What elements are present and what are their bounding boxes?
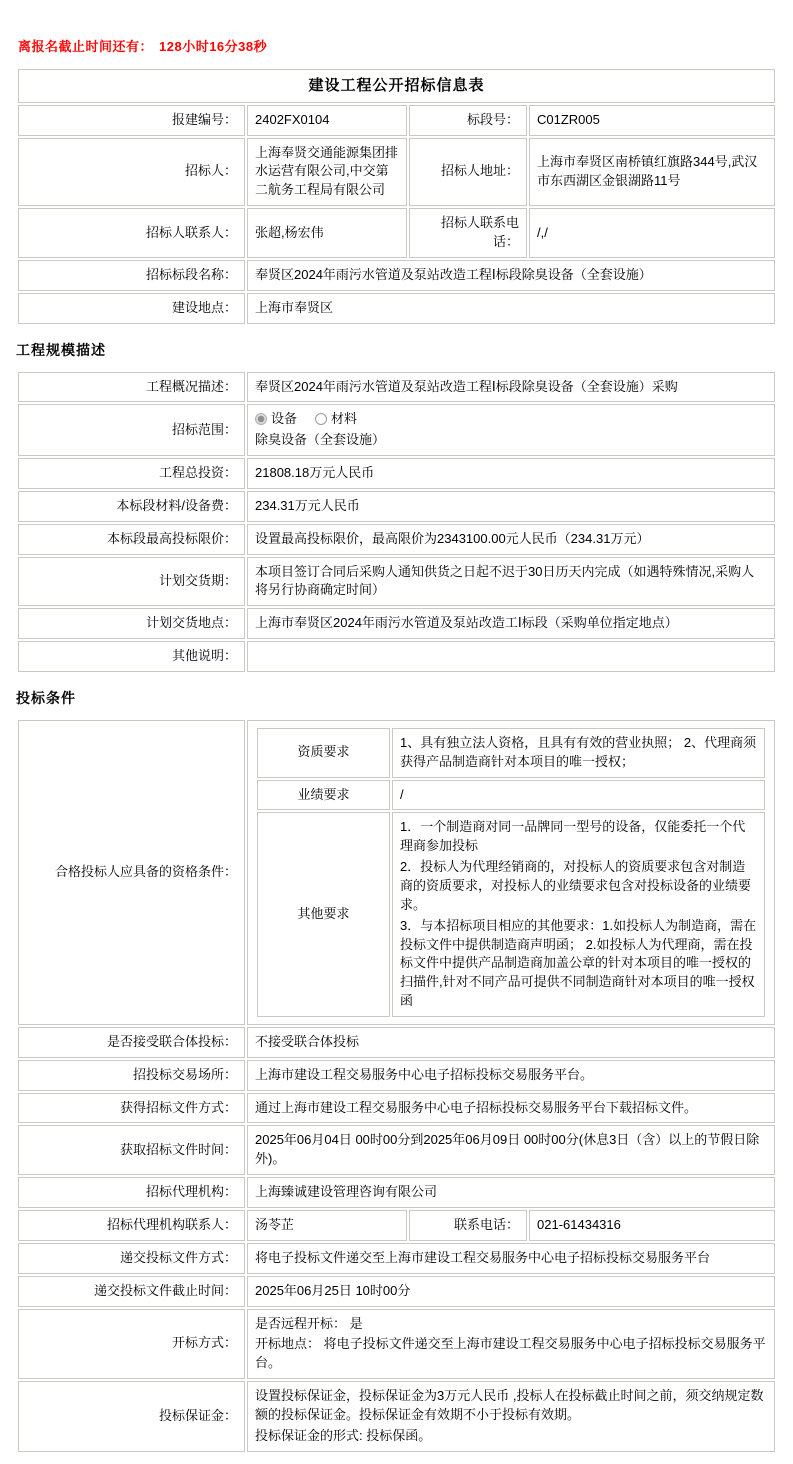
delivery-place-value: 上海市奉贤区2024年雨污水管道及泵站改造工Ⅰ标段（采购单位指定地点） (247, 608, 775, 639)
row-agency-contact: 招标代理机构联系人： 汤苓芷 联系电话： 021-61434316 (18, 1210, 775, 1241)
row-opening: 开标方式： 是否远程开标： 是 开标地点： 将电子投标文件递交至上海市建设工程交… (18, 1309, 775, 1380)
qualification-inner-table: 资质要求 1、具有独立法人资格，且具有有效的营业执照； 2、代理商须获得产品制造… (255, 726, 767, 1019)
row-delivery-place: 计划交货地点： 上海市奉贤区2024年雨污水管道及泵站改造工Ⅰ标段（采购单位指定… (18, 608, 775, 639)
radio-material-icon[interactable] (315, 413, 327, 425)
deposit-value: 设置投标保证金，投标保证金为3万元人民币 ,投标人在投标截止时间之前，须交纳规定… (247, 1381, 775, 1452)
doc-method-label: 获得招标文件方式： (18, 1093, 245, 1124)
report-no-value: 2402FX0104 (247, 105, 407, 136)
venue-value: 上海市建设工程交易服务中心电子招标投标交易服务平台。 (247, 1060, 775, 1091)
agency-contact-label: 招标代理机构联系人： (18, 1210, 245, 1241)
row-report-no: 报建编号： 2402FX0104 标段号： C01ZR005 (18, 105, 775, 136)
delivery-period-label: 计划交货期： (18, 557, 245, 607)
scope-option-equipment[interactable]: 设备 (255, 411, 297, 426)
radio-equipment-icon[interactable] (255, 413, 267, 425)
deposit-form-line: 投标保证金的形式: 投标保函。 (255, 1427, 767, 1446)
other-requirement-label: 其他要求 (257, 812, 390, 1016)
opening-place-line: 开标地点： 将电子投标文件递交至上海市建设工程交易服务中心电子招标投标交易服务平… (255, 1335, 767, 1373)
row-location: 建设地点： 上海市奉贤区 (18, 293, 775, 324)
row-total-investment: 工程总投资： 21808.18万元人民币 (18, 458, 775, 489)
row-price-limit: 本标段最高投标限价： 设置最高投标限价，最高限价为2343100.00元人民币（… (18, 524, 775, 555)
material-fee-value: 234.31万元人民币 (247, 491, 775, 522)
row-other-requirement: 其他要求 1．一个制造商对同一品牌同一型号的设备，仅能委托一个代理商参加投标 2… (257, 812, 765, 1016)
row-contact: 招标人联系人： 张超,杨宏伟 招标人联系电话： /,/ (18, 208, 775, 258)
scope-label: 招标范围： (18, 404, 245, 456)
contact-value: 张超,杨宏伟 (247, 208, 407, 258)
row-delivery-period: 计划交货期： 本项目签订合同后采购人通知供货之日起不迟于30日历天内完成（如遇特… (18, 557, 775, 607)
bid-conditions-table: 合格投标人应具备的资格条件： 资质要求 1、具有独立法人资格，且具有有效的营业执… (16, 718, 777, 1454)
scope-detail: 除臭设备（全套设施） (255, 431, 767, 450)
row-other-note: 其他说明： (18, 641, 775, 672)
deadline-value: 2025年06月25日 10时00分 (247, 1276, 775, 1307)
tender-info-table: 建设工程公开招标信息表 报建编号： 2402FX0104 标段号： C01ZR0… (16, 67, 777, 326)
row-performance-requirement: 业绩要求 / (257, 780, 765, 811)
location-value: 上海市奉贤区 (247, 293, 775, 324)
other-requirement-line: 2．投标人为代理经销商的，对投标人的资质要求包含对制造商的资质要求，对投标人的业… (400, 858, 757, 915)
row-consortium: 是否接受联合体投标： 不接受联合体投标 (18, 1027, 775, 1058)
total-investment-value: 21808.18万元人民币 (247, 458, 775, 489)
tenderee-label: 招标人： (18, 138, 245, 207)
agency-contact-value: 汤苓芷 (247, 1210, 407, 1241)
consortium-label: 是否接受联合体投标： (18, 1027, 245, 1058)
countdown-label: 离报名截止时间还有： (18, 39, 153, 54)
contact-label: 招标人联系人： (18, 208, 245, 258)
scope-option-material-label: 材料 (331, 411, 357, 426)
scale-section-heading: 工程规模描述 (16, 340, 777, 360)
contact-tel-label: 招标人联系电话： (409, 208, 527, 258)
qualification-label: 合格投标人应具备的资格条件： (18, 720, 245, 1025)
agency-label: 招标代理机构： (18, 1177, 245, 1208)
total-investment-label: 工程总投资： (18, 458, 245, 489)
other-note-value (247, 641, 775, 672)
table-title-row: 建设工程公开招标信息表 (18, 69, 775, 103)
deadline-label: 递交投标文件截止时间： (18, 1276, 245, 1307)
scope-option-equipment-label: 设备 (271, 411, 297, 426)
doc-time-label: 获取招标文件时间： (18, 1125, 245, 1175)
opening-label: 开标方式： (18, 1309, 245, 1380)
contact-tel-value: /,/ (529, 208, 775, 258)
other-requirement-line: 3．与本招标项目相应的其他要求：1.如投标人为制造商，需在投标文件中提供制造商声… (400, 917, 757, 1011)
row-tenderee: 招标人： 上海奉贤交通能源集团排水运营有限公司,中交第二航务工程局有限公司 招标… (18, 138, 775, 207)
price-limit-label: 本标段最高投标限价： (18, 524, 245, 555)
section-no-label: 标段号： (409, 105, 527, 136)
project-scale-table: 工程概况描述： 奉贤区2024年雨污水管道及泵站改造工程Ⅰ标段除臭设备（全套设施… (16, 370, 777, 674)
row-venue: 招投标交易场所： 上海市建设工程交易服务中心电子招标投标交易服务平台。 (18, 1060, 775, 1091)
row-section-name: 招标标段名称： 奉贤区2024年雨污水管道及泵站改造工程Ⅰ标段除臭设备（全套设施… (18, 260, 775, 291)
qual-requirement-value: 1、具有独立法人资格，且具有有效的营业执照； 2、代理商须获得产品制造商针对本项… (392, 728, 765, 778)
bid-section-heading: 投标条件 (16, 688, 777, 708)
submit-method-label: 递交投标文件方式： (18, 1243, 245, 1274)
row-deposit: 投标保证金： 设置投标保证金，投标保证金为3万元人民币 ,投标人在投标截止时间之… (18, 1381, 775, 1452)
location-label: 建设地点： (18, 293, 245, 324)
doc-time-value: 2025年06月04日 00时00分到2025年06月09日 00时00分(休息… (247, 1125, 775, 1175)
page-title: 建设工程公开招标信息表 (18, 69, 775, 103)
registration-countdown: 离报名截止时间还有：128小时16分38秒 (18, 36, 777, 55)
scope-option-material[interactable]: 材料 (315, 411, 357, 426)
page: 离报名截止时间还有：128小时16分38秒 建设工程公开招标信息表 报建编号： … (0, 0, 793, 1464)
consortium-value: 不接受联合体投标 (247, 1027, 775, 1058)
row-qual-requirement: 资质要求 1、具有独立法人资格，且具有有效的营业执照； 2、代理商须获得产品制造… (257, 728, 765, 778)
row-agency: 招标代理机构： 上海臻诚建设管理咨询有限公司 (18, 1177, 775, 1208)
performance-requirement-value: / (392, 780, 765, 811)
row-qualification: 合格投标人应具备的资格条件： 资质要求 1、具有独立法人资格，且具有有效的营业执… (18, 720, 775, 1025)
performance-requirement-label: 业绩要求 (257, 780, 390, 811)
row-doc-time: 获取招标文件时间： 2025年06月04日 00时00分到2025年06月09日… (18, 1125, 775, 1175)
section-name-value: 奉贤区2024年雨污水管道及泵站改造工程Ⅰ标段除臭设备（全套设施） (247, 260, 775, 291)
row-overview: 工程概况描述： 奉贤区2024年雨污水管道及泵站改造工程Ⅰ标段除臭设备（全套设施… (18, 372, 775, 403)
venue-label: 招投标交易场所： (18, 1060, 245, 1091)
submit-method-value: 将电子投标文件递交至上海市建设工程交易服务中心电子招标投标交易服务平台 (247, 1243, 775, 1274)
doc-method-value: 通过上海市建设工程交易服务中心电子招标投标交易服务平台下载招标文件。 (247, 1093, 775, 1124)
overview-label: 工程概况描述： (18, 372, 245, 403)
qualification-detail: 资质要求 1、具有独立法人资格，且具有有效的营业执照； 2、代理商须获得产品制造… (247, 720, 775, 1025)
other-requirement-value: 1．一个制造商对同一品牌同一型号的设备，仅能委托一个代理商参加投标 2．投标人为… (392, 812, 765, 1016)
delivery-place-label: 计划交货地点： (18, 608, 245, 639)
countdown-time: 128小时16分38秒 (159, 39, 267, 54)
row-submit-method: 递交投标文件方式： 将电子投标文件递交至上海市建设工程交易服务中心电子招标投标交… (18, 1243, 775, 1274)
material-fee-label: 本标段材料/设备费： (18, 491, 245, 522)
other-requirement-line: 1．一个制造商对同一品牌同一型号的设备，仅能委托一个代理商参加投标 (400, 818, 757, 856)
row-deadline: 递交投标文件截止时间： 2025年06月25日 10时00分 (18, 1276, 775, 1307)
qual-requirement-label: 资质要求 (257, 728, 390, 778)
overview-value: 奉贤区2024年雨污水管道及泵站改造工程Ⅰ标段除臭设备（全套设施）采购 (247, 372, 775, 403)
agency-value: 上海臻诚建设管理咨询有限公司 (247, 1177, 775, 1208)
scope-options: 设备材料 (255, 410, 767, 429)
tenderee-value: 上海奉贤交通能源集团排水运营有限公司,中交第二航务工程局有限公司 (247, 138, 407, 207)
agency-tel-value: 021-61434316 (529, 1210, 775, 1241)
agency-tel-label: 联系电话： (409, 1210, 527, 1241)
deposit-amount-line: 设置投标保证金，投标保证金为3万元人民币 ,投标人在投标截止时间之前，须交纳规定… (255, 1387, 767, 1425)
row-material-fee: 本标段材料/设备费： 234.31万元人民币 (18, 491, 775, 522)
opening-value: 是否远程开标： 是 开标地点： 将电子投标文件递交至上海市建设工程交易服务中心电… (247, 1309, 775, 1380)
delivery-period-value: 本项目签订合同后采购人通知供货之日起不迟于30日历天内完成（如遇特殊情况,采购人… (247, 557, 775, 607)
opening-remote-line: 是否远程开标： 是 (255, 1315, 767, 1334)
row-doc-method: 获得招标文件方式： 通过上海市建设工程交易服务中心电子招标投标交易服务平台下载招… (18, 1093, 775, 1124)
report-no-label: 报建编号： (18, 105, 245, 136)
section-no-value: C01ZR005 (529, 105, 775, 136)
scope-value: 设备材料 除臭设备（全套设施） (247, 404, 775, 456)
deposit-label: 投标保证金： (18, 1381, 245, 1452)
section-name-label: 招标标段名称： (18, 260, 245, 291)
price-limit-value: 设置最高投标限价，最高限价为2343100.00元人民币（234.31万元） (247, 524, 775, 555)
tenderee-addr-label: 招标人地址： (409, 138, 527, 207)
other-note-label: 其他说明： (18, 641, 245, 672)
row-scope: 招标范围： 设备材料 除臭设备（全套设施） (18, 404, 775, 456)
tenderee-addr-value: 上海市奉贤区南桥镇红旗路344号,武汉市东西湖区金银湖路11号 (529, 138, 775, 207)
